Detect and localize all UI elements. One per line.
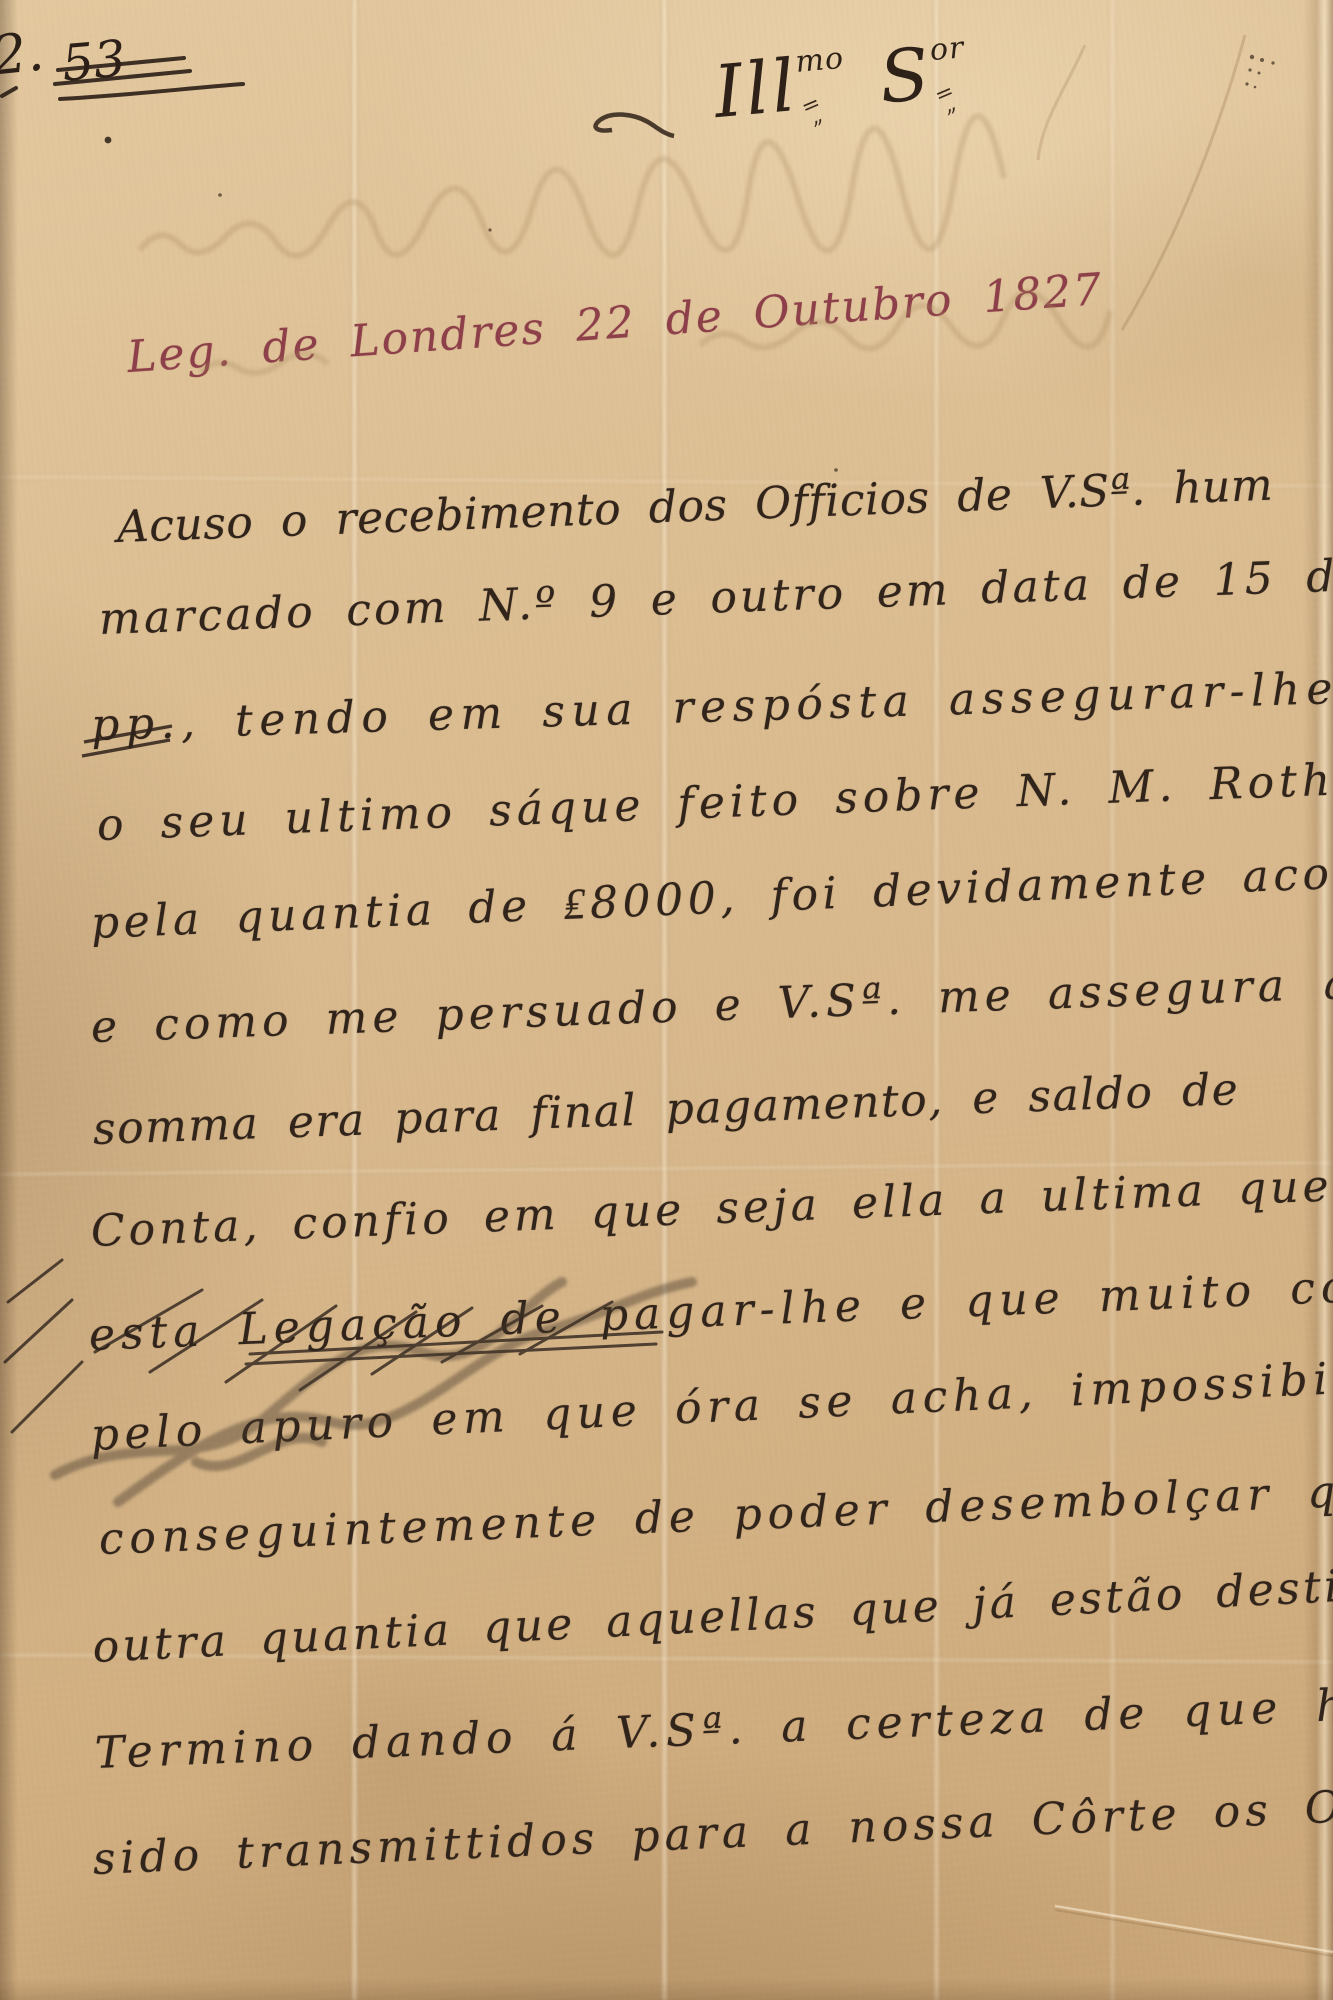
salutation-illmo-superscript: mo (794, 41, 845, 80)
salutation-senhor-superscript: or (928, 30, 965, 68)
faint-pen-flourish (1038, 45, 1085, 160)
body-line-4: o seu ultimo sáque feito sobre N. M. Rot… (96, 747, 1333, 853)
ink-dot (105, 137, 112, 144)
body-line-3: pp., tendo em sua respósta assegurar-lhe… (90, 655, 1333, 753)
body-line-10: pelo apuro em que óra se acha, impossibi… (90, 1344, 1333, 1463)
body-line-6: e como me persuado e V.Sª. me assegura q… (90, 949, 1333, 1055)
superscript-flourish-marks: =„ (800, 97, 826, 126)
salutation-heading: Illmo=„Sor=„ (711, 28, 970, 134)
dateline: Leg. de Londres 22 de Outubro 1827 (125, 264, 1104, 383)
body-line-14: sido transmittidos para a nossa Côrte os… (92, 1772, 1333, 1887)
salutation-senhor: S (876, 31, 935, 119)
page-left-edge-shadow (0, 0, 18, 2000)
body-line-1: Acuso o recebimento dos Officios de V.Sª… (116, 458, 1274, 555)
body-line-11: conseguintemente de poder desembolçar qu… (98, 1456, 1333, 1567)
body-line-9: esta Legação de pagar-lhe e que muito co… (88, 1254, 1333, 1363)
folio-number-struck: 53 (60, 29, 128, 92)
page-bottom-edge-shadow (0, 1978, 1333, 2000)
body-line-13: Termino dando á V.Sª. a certeza de que h… (94, 1675, 1333, 1781)
body-line-5: pela quantia de ₤8000, foi devidamente a… (90, 840, 1333, 951)
body-line-2: marcado com N.º 9 e outro em data de 15 … (98, 541, 1333, 647)
corner-crease (1055, 1906, 1333, 1956)
manuscript-letter-page: 2. 53 Illmo=„Sor=„ Leg. de Londres 22 de… (0, 0, 1333, 2000)
faint-pen-flourish (1122, 35, 1245, 330)
folio-number: 2. (0, 19, 47, 87)
salutation-illmo: Ill (711, 43, 802, 134)
superscript-flourish-marks: =„ (934, 85, 960, 114)
